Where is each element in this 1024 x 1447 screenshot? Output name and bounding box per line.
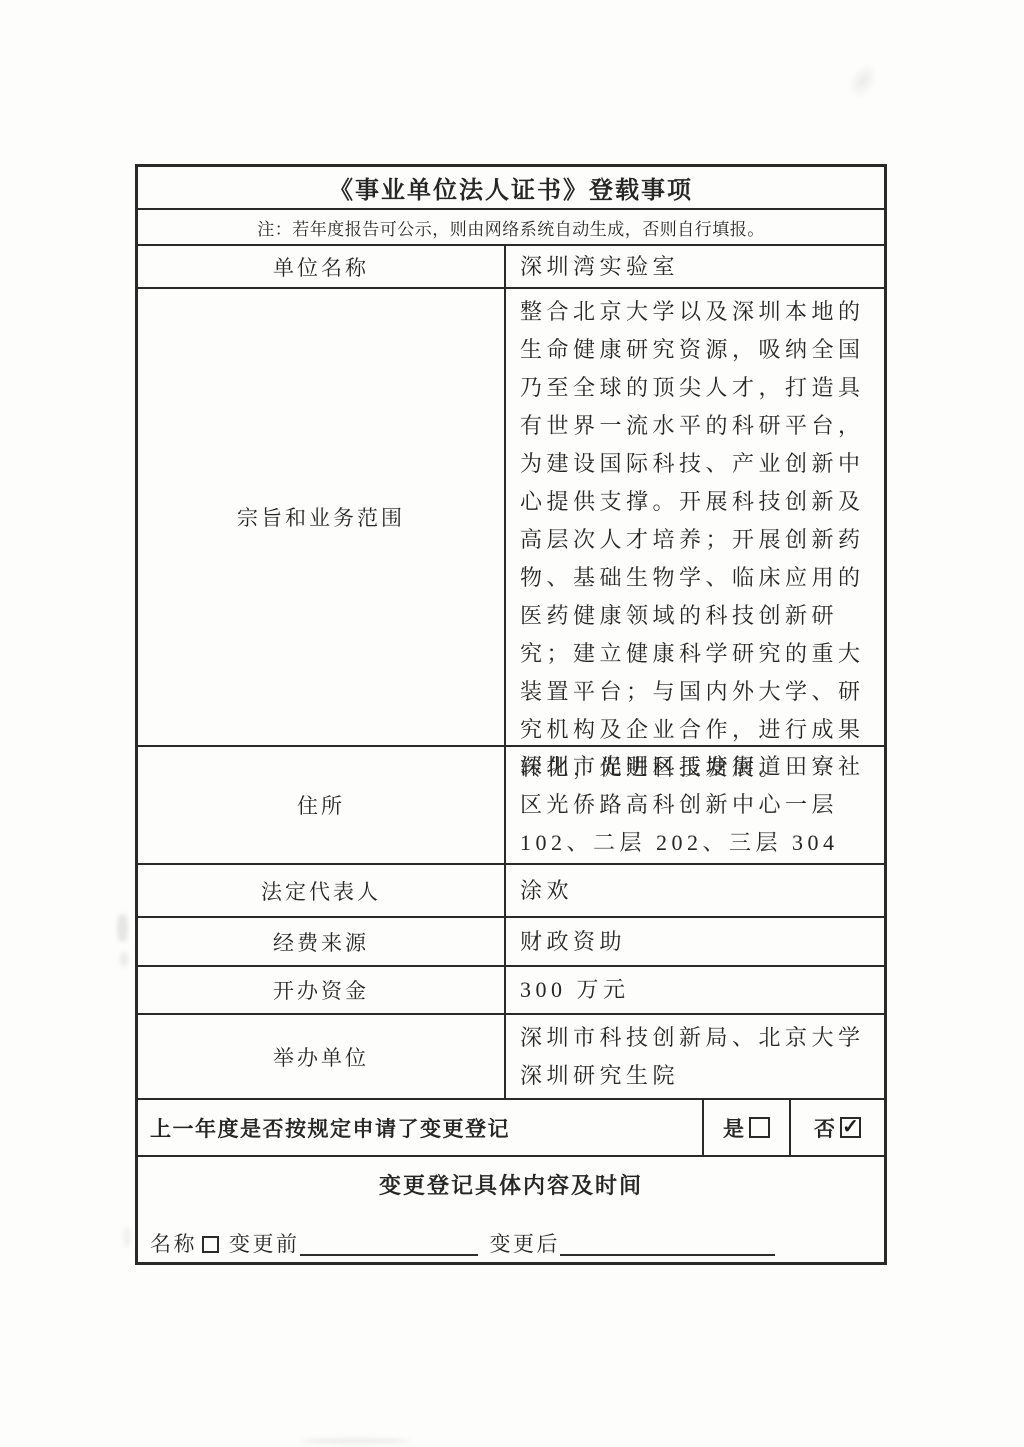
field-row-address: 住所 深圳市光明区玉塘街道田寮社区光侨路高科创新中心一层 102、二层 202、… (138, 747, 884, 865)
change-registration-question-row: 上一年度是否按规定申请了变更登记 是 否 ✓ (138, 1100, 884, 1157)
opening-capital-label: 开办资金 (138, 967, 506, 1013)
field-row-purpose: 宗旨和业务范围 整合北京大学以及深圳本地的生命健康研究资源，吸纳全国乃至全球的顶… (138, 289, 884, 747)
before-change-label: 变更前 (229, 1232, 300, 1256)
document-title: 《事业单位法人证书》登载事项 (329, 170, 693, 205)
yes-option-cell: 是 (704, 1100, 791, 1155)
field-row-sponsor-unit: 举办单位 深圳市科技创新局、北京大学深圳研究生院 (138, 1015, 884, 1100)
name-checkbox-unchecked (202, 1236, 219, 1253)
purpose-label: 宗旨和业务范围 (138, 289, 506, 745)
address-value: 深圳市光明区玉塘街道田寮社区光侨路高科创新中心一层 102、二层 202、三层 … (506, 747, 884, 863)
field-row-opening-capital: 开办资金 300 万元 (138, 967, 884, 1015)
scan-artifact (117, 914, 128, 942)
field-row-legal-representative: 法定代表人 涂欢 (138, 865, 884, 918)
address-label: 住所 (138, 747, 506, 863)
no-checkbox-checked: ✓ (840, 1117, 861, 1138)
table-note-row: 注：若年度报告可公示，则由网络系统自动生成，否则自行填报。 (138, 210, 884, 246)
unit-name-value: 深圳湾实验室 (506, 246, 884, 287)
yes-checkbox-unchecked (749, 1117, 770, 1138)
table-title-row: 《事业单位法人证书》登载事项 (138, 167, 884, 210)
scanned-document-page: 《事业单位法人证书》登载事项 注：若年度报告可公示，则由网络系统自动生成，否则自… (0, 0, 1024, 1447)
legal-representative-value: 涂欢 (506, 865, 884, 916)
after-change-blank-line (560, 1240, 775, 1256)
change-details-header: 变更登记具体内容及时间 (138, 1169, 884, 1200)
certificate-items-table: 《事业单位法人证书》登载事项 注：若年度报告可公示，则由网络系统自动生成，否则自… (135, 164, 887, 1265)
sponsor-unit-value: 深圳市科技创新局、北京大学深圳研究生院 (506, 1015, 884, 1098)
before-change-blank-line (300, 1240, 478, 1256)
legal-representative-label: 法定代表人 (138, 865, 506, 916)
scan-artifact (300, 1438, 410, 1444)
scan-artifact (123, 1227, 131, 1247)
after-change-label: 变更后 (490, 1232, 561, 1256)
change-details-name-line: 名称变更前变更后 (150, 1228, 775, 1258)
sponsor-unit-label: 举办单位 (138, 1015, 506, 1098)
change-registration-question: 上一年度是否按规定申请了变更登记 (138, 1100, 704, 1155)
name-label: 名称 (150, 1232, 197, 1256)
document-note: 注：若年度报告可公示，则由网络系统自动生成，否则自行填报。 (257, 215, 765, 240)
unit-name-label: 单位名称 (138, 246, 506, 287)
funding-source-value: 财政资助 (506, 918, 884, 965)
no-label: 否 (814, 1113, 835, 1143)
yes-label: 是 (723, 1113, 744, 1143)
scan-artifact (120, 952, 128, 967)
scan-artifact (842, 58, 884, 104)
purpose-value: 整合北京大学以及深圳本地的生命健康研究资源，吸纳全国乃至全球的顶尖人才，打造具有… (506, 289, 884, 745)
change-details-row: 变更登记具体内容及时间 名称变更前变更后 (138, 1169, 884, 1274)
funding-source-label: 经费来源 (138, 918, 506, 965)
no-option-cell: 否 ✓ (791, 1100, 884, 1155)
opening-capital-value: 300 万元 (506, 967, 884, 1013)
field-row-funding-source: 经费来源 财政资助 (138, 918, 884, 967)
field-row-unit-name: 单位名称 深圳湾实验室 (138, 246, 884, 289)
